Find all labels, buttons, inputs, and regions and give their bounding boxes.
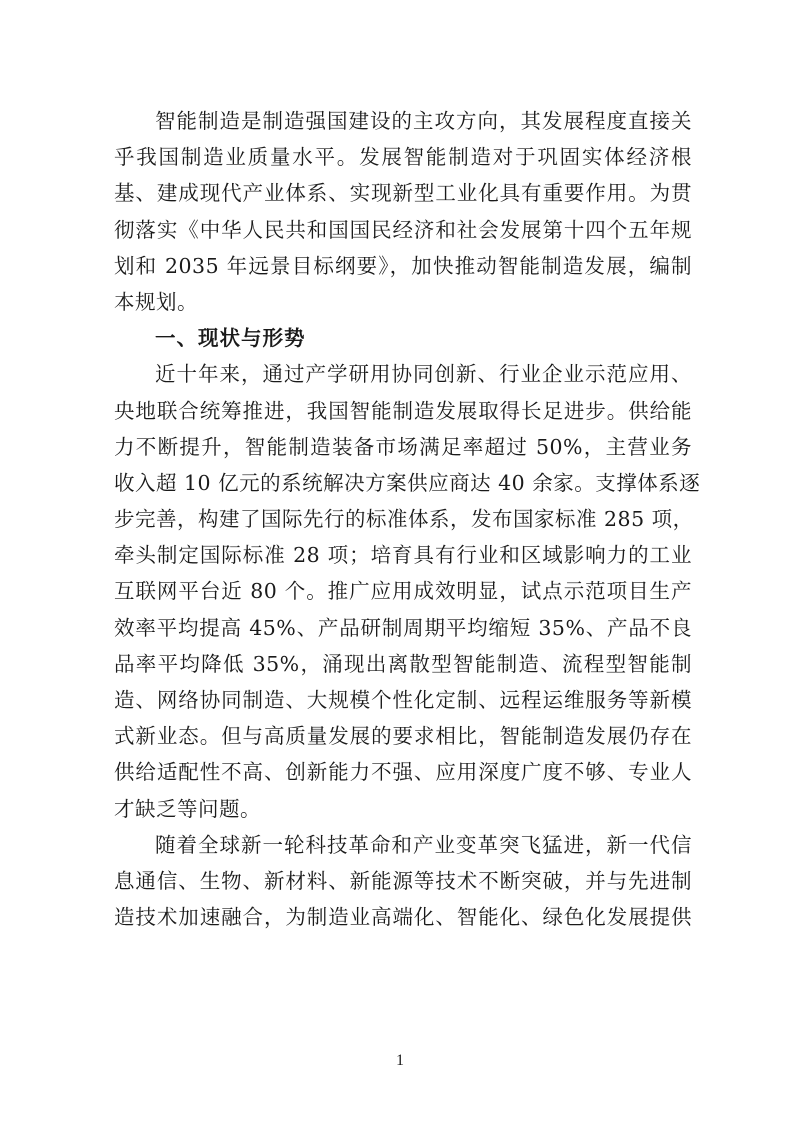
document-page: 智能制造是制造强国建设的主攻方向，其发展程度直接关 乎我国制造业质量水平。发展智…	[114, 103, 692, 935]
text-line: 力不断提升，智能制造装备市场满足率超过 50%，主营业务	[114, 429, 692, 465]
paragraph-trends: 随着全球新一轮科技革命和产业变革突飞猛进，新一代信 息通信、生物、新材料、新能源…	[114, 827, 692, 936]
text-line: 基、建成现代产业体系、实现新型工业化具有重要作用。为贯	[114, 175, 692, 211]
text-line: 彻落实《中华人民共和国国民经济和社会发展第十四个五年规	[114, 212, 692, 248]
text-line: 央地联合统筹推进，我国智能制造发展取得长足进步。供给能	[114, 393, 692, 429]
text-line: 随着全球新一轮科技革命和产业变革突飞猛进，新一代信	[114, 827, 692, 863]
paragraph-status: 近十年来，通过产学研用协同创新、行业企业示范应用、 央地联合统筹推进，我国智能制…	[114, 356, 692, 826]
text-line: 才缺乏等问题。	[114, 791, 692, 827]
text-line: 互联网平台近 80 个。推广应用成效明显，试点示范项目生产	[114, 573, 692, 609]
text-line: 品率平均降低 35%，涌现出离散型智能制造、流程型智能制	[114, 646, 692, 682]
text-line: 智能制造是制造强国建设的主攻方向，其发展程度直接关	[114, 103, 692, 139]
text-line: 乎我国制造业质量水平。发展智能制造对于巩固实体经济根	[114, 139, 692, 175]
text-line: 造、网络协同制造、大规模个性化定制、远程运维服务等新模	[114, 682, 692, 718]
text-line: 步完善，构建了国际先行的标准体系，发布国家标准 285 项，	[114, 501, 692, 537]
text-line: 式新业态。但与高质量发展的要求相比，智能制造发展仍存在	[114, 718, 692, 754]
text-line: 息通信、生物、新材料、新能源等技术不断突破，并与先进制	[114, 863, 692, 899]
text-line: 造技术加速融合，为制造业高端化、智能化、绿色化发展提供	[114, 899, 692, 935]
paragraph-intro: 智能制造是制造强国建设的主攻方向，其发展程度直接关 乎我国制造业质量水平。发展智…	[114, 103, 692, 320]
text-line: 划和 2035 年远景目标纲要》，加快推动智能制造发展，编制	[114, 248, 692, 284]
text-line: 效率平均提高 45%、产品研制周期平均缩短 35%、产品不良	[114, 610, 692, 646]
text-line: 收入超 10 亿元的系统解决方案供应商达 40 余家。支撑体系逐	[114, 465, 692, 501]
page-number: 1	[0, 1052, 800, 1070]
text-line: 近十年来，通过产学研用协同创新、行业企业示范应用、	[114, 356, 692, 392]
text-line: 供给适配性不高、创新能力不强、应用深度广度不够、专业人	[114, 754, 692, 790]
text-line: 牵头制定国际标准 28 项；培育具有行业和区域影响力的工业	[114, 537, 692, 573]
section-heading: 一、现状与形势	[114, 320, 692, 356]
text-line: 本规划。	[114, 284, 692, 320]
